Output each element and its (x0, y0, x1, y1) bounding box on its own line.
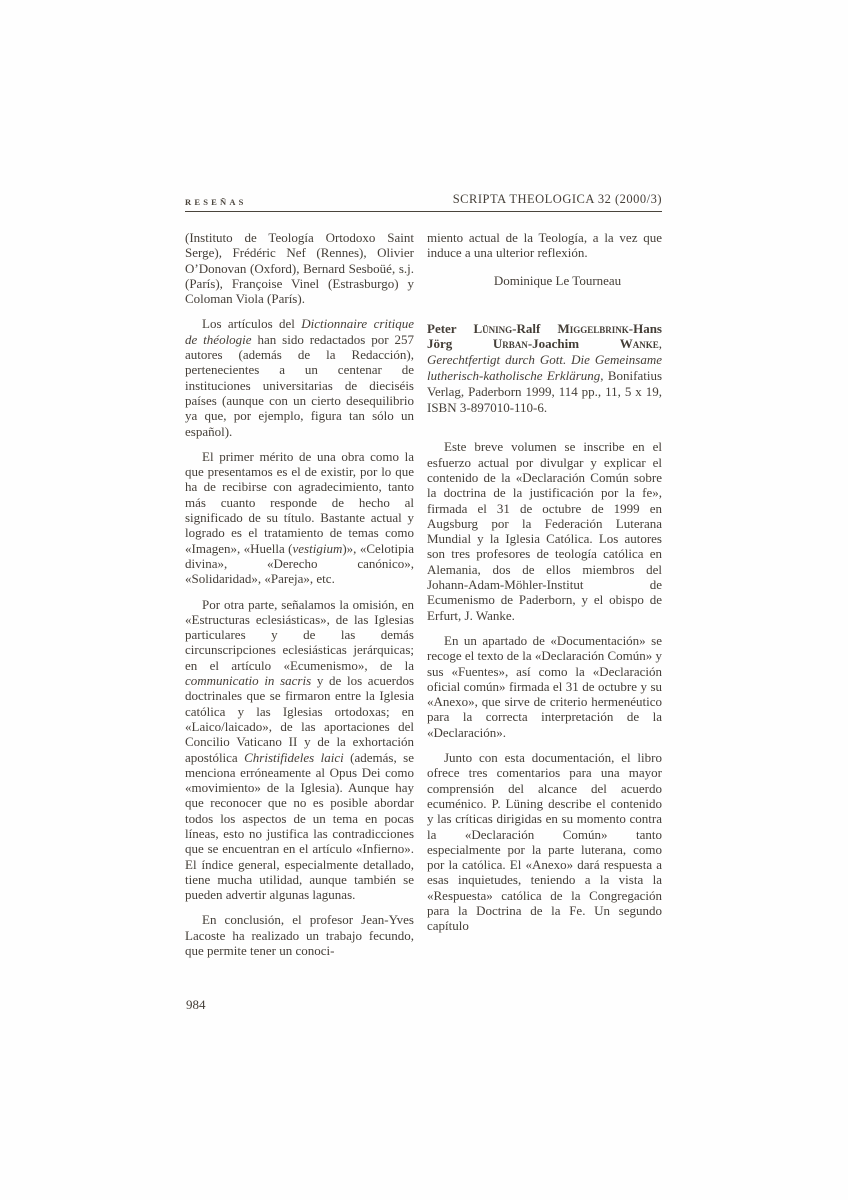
page-number: 984 (186, 997, 206, 1013)
review-body-paragraphs: Este breve volumen se inscribe en el esf… (427, 439, 662, 933)
continuation-paragraphs: miento actual de la Teología, a la vez q… (427, 230, 662, 261)
text-run: han sido redactados por 257 autores (ade… (185, 332, 414, 439)
paragraph: Los artículos del Dictionnaire critique … (185, 316, 414, 438)
text-run: (Instituto de Teología Ortodoxo Saint Se… (185, 230, 414, 306)
text-run: En un apartado de «Documentación» se rec… (427, 633, 662, 740)
text-run: Este breve volumen se inscribe en el esf… (427, 439, 662, 622)
paragraph: Por otra parte, señalamos la omisión, en… (185, 597, 414, 903)
text-run: , (659, 336, 662, 351)
right-column: miento actual de la Teología, a la vez q… (427, 230, 662, 968)
text-run: miento actual de la Teología, a la vez q… (427, 230, 662, 260)
paragraph: En conclusión, el profesor Jean-Yves Lac… (185, 912, 414, 958)
text-run: Peter (427, 321, 473, 336)
text-run: (además, se menciona erróneamente al Opu… (185, 750, 414, 903)
paragraph: El primer mérito de una obra como la que… (185, 449, 414, 587)
text-run: Junto con esta documentación, el libro o… (427, 750, 662, 933)
text-run: vestigium (293, 541, 343, 556)
paragraph: Este breve volumen se inscribe en el esf… (427, 439, 662, 623)
page-header: RESEÑAS SCRIPTA THEOLOGICA 32 (2000/3) (185, 192, 662, 212)
text-run: Christifideles laici (244, 750, 344, 765)
scanned-journal-page: RESEÑAS SCRIPTA THEOLOGICA 32 (2000/3) (… (0, 0, 848, 1200)
paragraph: Junto con esta documentación, el libro o… (427, 750, 662, 934)
paragraph: miento actual de la Teología, a la vez q… (427, 230, 662, 261)
section-label: RESEÑAS (185, 197, 247, 207)
paragraph: (Instituto de Teología Ortodoxo Saint Se… (185, 230, 414, 306)
paragraph: En un apartado de «Documentación» se rec… (427, 633, 662, 740)
text-run: Los artículos del (202, 316, 301, 331)
two-column-text-block: (Instituto de Teología Ortodoxo Saint Se… (185, 230, 662, 968)
review-author-signature: Dominique Le Tourneau (427, 273, 662, 289)
text-run: -Ralf (512, 321, 557, 336)
text-run: El primer mérito de una obra como la que… (185, 449, 414, 556)
text-run: Miggelbrink (557, 321, 628, 336)
text-run: Por otra parte, señalamos la omisión, en… (185, 597, 414, 673)
text-run: -Joachim (528, 336, 620, 351)
text-run: communicatio in sacris (185, 673, 311, 688)
text-run: Urban (493, 336, 528, 351)
book-citation: Peter Lüning-Ralf Miggelbrink-Hans Jörg … (427, 321, 662, 416)
text-run: En conclusión, el profesor Jean-Yves Lac… (185, 912, 414, 958)
text-run: Wanke (620, 336, 659, 351)
text-run: Lüning (473, 321, 512, 336)
left-column: (Instituto de Teología Ortodoxo Saint Se… (185, 230, 414, 968)
journal-title-header: SCRIPTA THEOLOGICA 32 (2000/3) (453, 192, 662, 207)
